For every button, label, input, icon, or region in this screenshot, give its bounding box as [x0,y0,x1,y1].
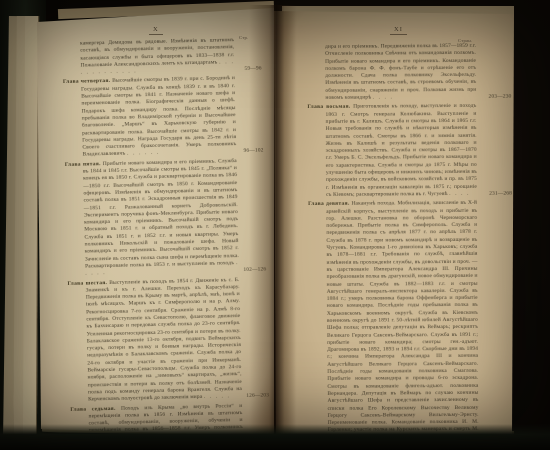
toc-entry: Глава пятая. Прибытіе новаго командира и… [65,158,240,279]
left-page: X Стр. камергера Демидова въ рядовые. Из… [37,8,274,436]
page-range: 231—268 [489,191,512,198]
toc-entry: Глава четвертая. Высочайшіе смотры въ 18… [63,76,237,160]
toc-entry: Глава девятая. Наканунѣ похода. Мобилиза… [308,200,479,437]
toc-left-column: камергера Демидова въ рядовые. Измѣненія… [62,37,243,436]
chapter-label: Глава девятая. [308,201,349,207]
book-cover-bottom [0,424,550,450]
entry-text: дира и его пріемникъ. Передвиженія полка… [325,43,476,101]
dotted-leader: . . . . . [204,394,231,401]
chapter-label: Глава четвертая. [63,78,111,85]
entry-text: Выступленіе въ походъ въ 1854 г. Движені… [86,277,242,403]
toc-right-column: дира и его пріемникъ. Передвиженія полка… [307,43,479,437]
dotted-leader: . . . . [373,94,394,100]
dotted-leader: . . . . . . [127,150,160,157]
toc-entry: камергера Демидова въ рядовые. Измѣненія… [62,37,235,77]
toc-entry: дира и его пріемникъ. Передвиженія полка… [307,43,476,103]
gutter-shadow [249,5,297,441]
left-page-column-header: Стр. [239,35,248,40]
toc-entry: Глава шестая. Выступленіе въ походъ въ 1… [67,277,242,405]
page-edge-stack [23,16,39,436]
dotted-leader: . . . . [449,191,470,197]
entry-text: Приготовленія къ походу, выступленіе и п… [325,103,477,198]
left-page-number: X [149,26,163,35]
toc-entry: Глава восьмая. Приготовленія къ походу, … [307,103,477,199]
entry-text: Высочайшіе смотры въ 1839 г. при с. Боро… [81,76,236,158]
book-photo: X Стр. камергера Демидова въ рядовые. Из… [0,0,550,450]
chapter-label: Глава седьмая. [70,405,115,412]
chapter-label: Глава пятая. [65,161,101,168]
entry-text: камергера Демидова въ рядовые. Измѣненія… [80,37,234,68]
right-page-number: XI [390,26,407,35]
entry-text: Наканунѣ похода. Мобилизація, зачисленіе… [326,200,479,437]
chapter-label: Глава восьмая. [307,104,350,110]
page-range: 203—230 [489,94,512,101]
right-page: XI Стран. дира и его пріемникъ. Передвиж… [274,9,514,437]
chapter-label: Глава шестая. [67,280,107,287]
entry-text: Прибытіе новаго командира и его пріемник… [83,158,239,270]
